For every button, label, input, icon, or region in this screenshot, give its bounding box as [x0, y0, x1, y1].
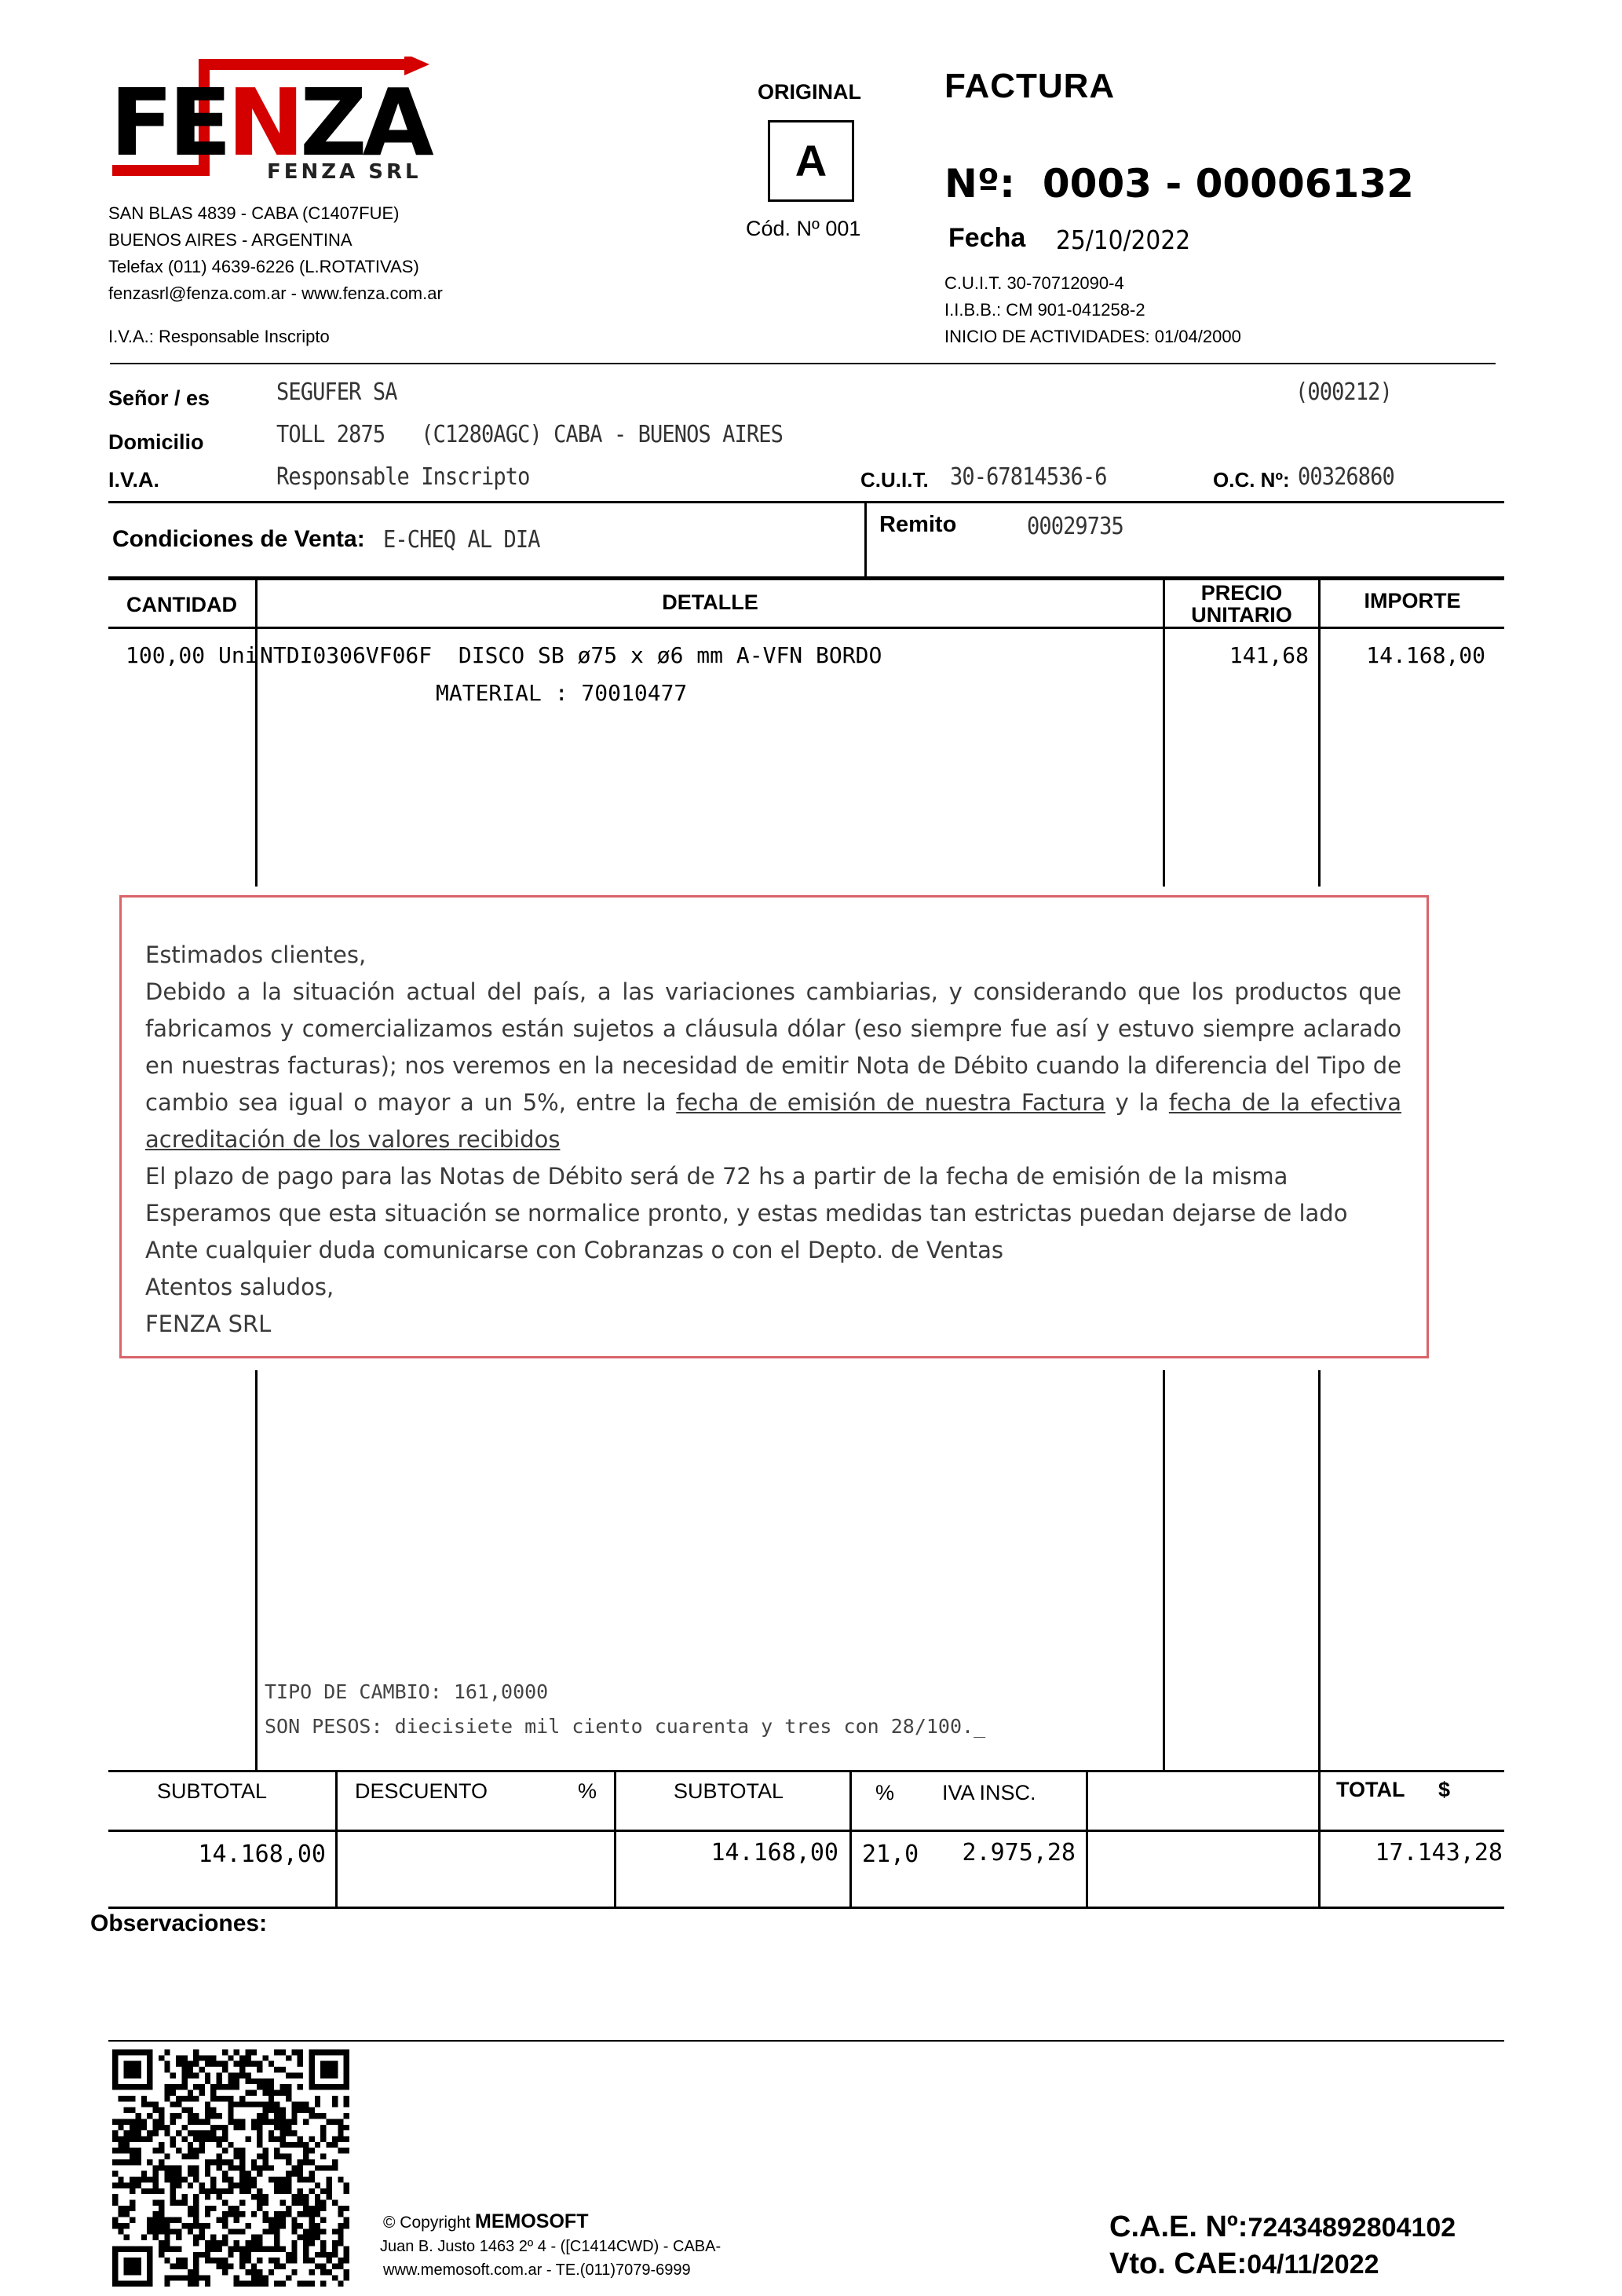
totals-divider [849, 1770, 852, 1909]
exchange-rate-notice: Estimados clientes, Debido a la situació… [119, 895, 1429, 1358]
issuer-address-line: SAN BLAS 4839 - CABA (C1407FUE) [108, 200, 443, 227]
col-divider [1318, 580, 1321, 887]
issuer-fiscal: C.U.I.T. 30-70712090-4 I.I.B.B.: CM 901-… [944, 270, 1241, 350]
totals-mid-border [108, 1830, 1504, 1832]
total-value: 17.143,28 [1321, 1839, 1503, 1866]
subtotal-value: 14.168,00 [110, 1841, 326, 1868]
col-divider [1163, 1370, 1165, 1771]
customer-name: SEGUFER SA [276, 378, 397, 406]
notice-line: Esperamos que esta situación se normalic… [145, 1195, 1401, 1232]
iva-label: IVA INSC. [942, 1781, 1036, 1805]
customer-code: (000212) [1295, 378, 1392, 406]
copyright: © Copyright MEMOSOFT [383, 2210, 588, 2233]
customer-address: TOLL 2875 (C1280AGC) CABA - BUENOS AIRES [276, 421, 783, 448]
issuer-iva: I.V.A.: Responsable Inscripto [108, 324, 330, 350]
copy-label: ORIGINAL [758, 80, 861, 104]
sale-conditions: E-CHEQ AL DIA [383, 526, 540, 554]
son-pesos: SON PESOS: diecisiete mil ciento cuarent… [265, 1715, 985, 1738]
customer-name-label: Señor / es [108, 386, 210, 411]
customer-iva-label: I.V.A. [108, 468, 159, 492]
totals-top-border [108, 1770, 1504, 1772]
copyright-brand: MEMOSOFT [475, 2210, 588, 2232]
notice-line: Ante cualquier duda comunicarse con Cobr… [145, 1232, 1401, 1269]
issuer-inicio-actividades: INICIO DE ACTIVIDADES: 01/04/2000 [944, 324, 1241, 350]
col-divider [1163, 580, 1165, 887]
item-importe: 14.168,00 [1321, 642, 1485, 668]
customer-divider [108, 501, 1504, 503]
col-divider [255, 1370, 258, 1771]
total-label: TOTAL [1336, 1778, 1405, 1802]
issuer-phone: Telefax (011) 4639-6226 (L.ROTATIVAS) [108, 254, 443, 280]
notice-text: y la [1105, 1089, 1169, 1116]
issuer-cuit: C.U.I.T. 30-70712090-4 [944, 270, 1241, 297]
notice-underlined-text: fecha de emisión de nuestra Factura [676, 1089, 1105, 1116]
col-header-cantidad: CANTIDAD [108, 593, 255, 617]
subtotal-label: SUBTOTAL [157, 1779, 267, 1804]
col-header-importe: IMPORTE [1321, 589, 1504, 613]
notice-line: El plazo de pago para las Notas de Débit… [145, 1158, 1401, 1195]
invoice-title: FACTURA [944, 67, 1115, 106]
col-header-precio: PRECIO UNITARIO [1165, 582, 1318, 626]
items-top-border [108, 576, 1504, 580]
item-detalle-material: MATERIAL : 70010477 [436, 680, 687, 706]
tipo-de-cambio: TIPO DE CAMBIO: 161,0000 [265, 1680, 548, 1703]
cae-label: C.A.E. Nº: [1109, 2210, 1248, 2243]
col-header-precio-line: PRECIO [1165, 582, 1318, 604]
cae-number: C.A.E. Nº:72434892804102 [1109, 2210, 1456, 2244]
issuer-iibb: I.I.B.B.: CM 901-041258-2 [944, 297, 1241, 324]
issuer-email-web[interactable]: fenzasrl@fenza.com.ar - www.fenza.com.ar [108, 280, 443, 307]
items-header-border [108, 627, 1504, 629]
header-divider [110, 363, 1496, 364]
fenza-logo: FENZA FENZA SRL [106, 57, 436, 186]
col-divider [1318, 1370, 1321, 1771]
invoice-letter-box: A [768, 120, 854, 202]
customer-cuit-label: C.U.I.T. [860, 468, 929, 492]
iva-pct-label: % [875, 1781, 894, 1805]
oc-number: 00326860 [1298, 463, 1394, 491]
logo-subtitle: FENZA SRL [267, 160, 422, 184]
currency-symbol: $ [1438, 1778, 1450, 1802]
invoice-date: 25/10/2022 [1056, 225, 1190, 255]
invoice-number: Nº: 0003 - 00006132 [944, 161, 1414, 207]
remito-number: 00029735 [1027, 513, 1123, 540]
col-divider [255, 580, 258, 887]
qr-code-icon [112, 2049, 349, 2287]
remito-label: Remito [879, 512, 956, 538]
issuer-address-line: BUENOS AIRES - ARGENTINA [108, 227, 443, 254]
subtotal2-value: 14.168,00 [616, 1839, 838, 1866]
oc-label: O.C. Nº: [1213, 468, 1290, 492]
totals-divider [1086, 1770, 1088, 1909]
software-address: Juan B. Justo 1463 2º 4 - ([C1414CWD) - … [380, 2238, 721, 2256]
invoice-number-label: Nº: [944, 161, 1015, 207]
notice-greeting: Estimados clientes, [145, 937, 1401, 974]
subtotal2-label: SUBTOTAL [674, 1779, 784, 1804]
iva-pct-value: 21,0 [862, 1841, 919, 1868]
col-header-precio-line: UNITARIO [1165, 604, 1318, 626]
descuento-label: DESCUENTO [355, 1779, 488, 1804]
notice-closing: Atentos saludos, [145, 1269, 1401, 1306]
item-detalle: NTDI0306VF06F DISCO SB ø75 x ø6 mm A-VFN… [260, 642, 882, 668]
cae-value: 72434892804102 [1248, 2213, 1456, 2243]
notice-signature: FENZA SRL [145, 1306, 1401, 1343]
copyright-prefix: © Copyright [383, 2214, 470, 2232]
invoice-number-value: 0003 - 00006132 [1043, 161, 1414, 207]
cae-expiry-label: Vto. CAE: [1109, 2247, 1247, 2280]
sale-conditions-label: Condiciones de Venta: [112, 526, 365, 553]
issuer-address: SAN BLAS 4839 - CABA (C1407FUE) BUENOS A… [108, 200, 443, 307]
observaciones-label: Observaciones: [90, 1910, 267, 1937]
totals-divider [335, 1770, 338, 1909]
customer-iva: Responsable Inscripto [276, 463, 529, 491]
customer-cuit: 30-67814536-6 [950, 463, 1107, 491]
invoice-code: Cód. Nº 001 [746, 217, 860, 241]
remito-divider [864, 503, 867, 579]
afip-qr-code[interactable] [112, 2049, 349, 2287]
notice-paragraph: Debido a la situación actual del país, a… [145, 974, 1401, 1158]
date-label: Fecha [948, 223, 1025, 254]
descuento-pct-label: % [578, 1779, 597, 1804]
item-cantidad: 100,00 Uni [126, 642, 258, 668]
iva-amount: 2.975,28 [942, 1839, 1076, 1866]
cae-expiry: Vto. CAE:04/11/2022 [1109, 2247, 1379, 2281]
col-header-detalle: DETALLE [258, 590, 1163, 615]
item-precio: 141,68 [1163, 642, 1309, 668]
software-contact: www.memosoft.com.ar - TE.(011)7079-6999 [383, 2261, 691, 2280]
totals-bottom-border [108, 1907, 1504, 1909]
customer-address-label: Domicilio [108, 430, 204, 455]
cae-expiry-value: 04/11/2022 [1247, 2250, 1379, 2280]
footer-divider [108, 2040, 1504, 2042]
